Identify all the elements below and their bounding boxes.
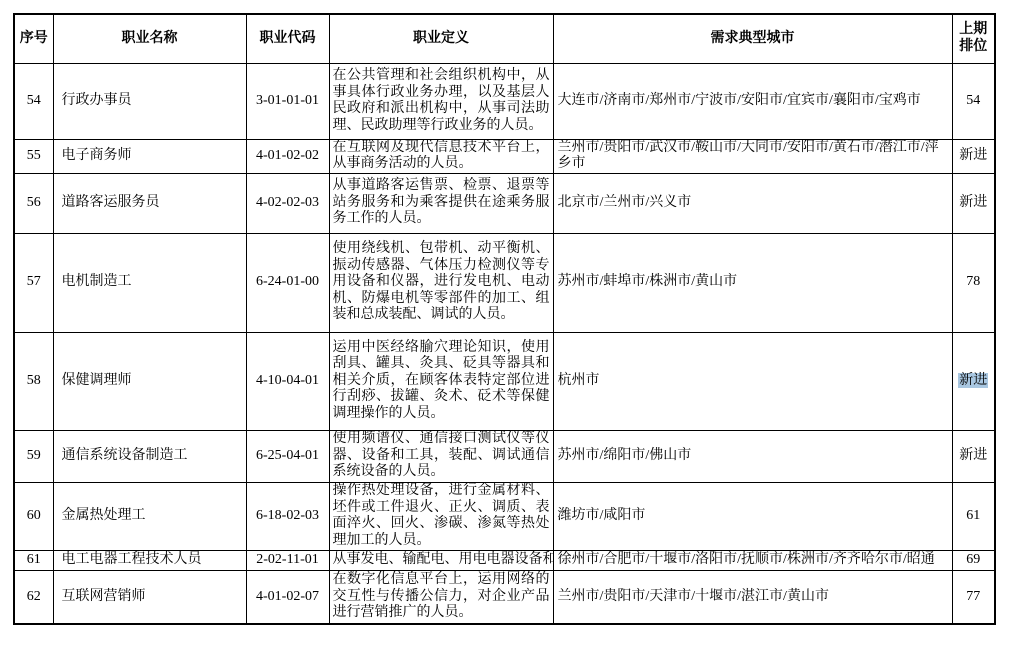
table-row: 58 保健调理师 4-10-04-01 运用中医经络腧穴理论知识，使用刮具、罐具… [14,332,995,430]
cell-definition: 在数字化信息平台上，运用网络的交互性与传播公信力，对企业产品进行营销推广的人员。 [329,570,553,624]
col-header-cities: 需求典型城市 [553,14,952,63]
cell-code: 4-01-02-02 [246,139,329,173]
table-row-truncated: 61 电工电器工程技术人员 2-02-11-01 从事发电、输配电、用电电器设备… [14,550,995,570]
cell-prev-rank: 新进 [952,139,995,173]
cell-definition: 运用中医经络腧穴理论知识，使用刮具、罐具、灸具、砭具等器具和相关介质，在顾客体表… [329,332,553,430]
col-header-definition: 职业定义 [329,14,553,63]
cell-definition: 在公共管理和社会组织机构中，从事具体行政业务办理，以及基层人民政府和派出机构中，… [329,63,553,139]
cell-code: 6-24-01-00 [246,233,329,332]
cell-prev-rank: 77 [952,570,995,624]
cell-name: 道路客运服务员 [53,173,246,233]
cell-definition: 从事道路客运售票、检票、退票等站务服务和为乘客提供在途乘务服务工作的人员。 [329,173,553,233]
cell-seq: 57 [14,233,53,332]
cell-prev-rank: 61 [952,482,995,550]
table-row: 54 行政办事员 3-01-01-01 在公共管理和社会组织机构中，从事具体行政… [14,63,995,139]
cell-prev-rank: 新进 [952,430,995,482]
cell-definition: 在互联网及现代信息技术平台上，从事商务活动的人员。 [329,139,553,173]
table-row: 59 通信系统设备制造工 6-25-04-01 使用频谱仪、通信接口测试仪等仪器… [14,430,995,482]
cell-cities: 苏州市/绵阳市/佛山市 [553,430,952,482]
cell-code: 3-01-01-01 [246,63,329,139]
cell-seq: 54 [14,63,53,139]
cell-name: 电工电器工程技术人员 [53,550,246,570]
cell-prev-rank: 新进 [952,332,995,430]
cell-name: 金属热处理工 [53,482,246,550]
cell-code: 4-10-04-01 [246,332,329,430]
prev-rank-highlight: 新进 [958,373,988,388]
cell-definition: 使用频谱仪、通信接口测试仪等仪器、设备和工具，装配、调试通信系统设备的人员。 [329,430,553,482]
cell-prev-rank: 新进 [952,173,995,233]
cell-code: 6-25-04-01 [246,430,329,482]
cell-name: 电子商务师 [53,139,246,173]
col-header-name: 职业名称 [53,14,246,63]
cell-seq: 58 [14,332,53,430]
cell-cities: 苏州市/蚌埠市/株洲市/黄山市 [553,233,952,332]
cell-name: 互联网营销师 [53,570,246,624]
cell-code: 2-02-11-01 [246,550,329,570]
cell-definition: 从事发电、输配电、用电电器设备和 [329,550,553,570]
cell-code: 4-02-02-03 [246,173,329,233]
cell-definition: 使用绕线机、包带机、动平衡机、振动传感器、气体压力检测仪等专用设备和仪器，进行发… [329,233,553,332]
cell-prev-rank: 54 [952,63,995,139]
cell-seq: 62 [14,570,53,624]
cell-cities: 大连市/济南市/郑州市/宁波市/安阳市/宜宾市/襄阳市/宝鸡市 [553,63,952,139]
cell-cities: 北京市/兰州市/兴义市 [553,173,952,233]
table-row: 62 互联网营销师 4-01-02-07 在数字化信息平台上，运用网络的交互性与… [14,570,995,624]
cell-name: 保健调理师 [53,332,246,430]
col-header-code: 职业代码 [246,14,329,63]
cell-cities: 兰州市/贵阳市/天津市/十堰市/湛江市/黄山市 [553,570,952,624]
table-row: 56 道路客运服务员 4-02-02-03 从事道路客运售票、检票、退票等站务服… [14,173,995,233]
table-row: 60 金属热处理工 6-18-02-03 操作热处理设备，进行金属材料、坯件或工… [14,482,995,550]
cell-name: 电机制造工 [53,233,246,332]
header-row: 序号 职业名称 职业代码 职业定义 需求典型城市 上期排位 [14,14,995,63]
cell-cities: 杭州市 [553,332,952,430]
table-row: 57 电机制造工 6-24-01-00 使用绕线机、包带机、动平衡机、振动传感器… [14,233,995,332]
cell-prev-rank: 69 [952,550,995,570]
col-header-prev-rank: 上期排位 [952,14,995,63]
cell-name: 通信系统设备制造工 [53,430,246,482]
cell-cities: 徐州市/合肥市/十堰市/洛阳市/抚顺市/株洲市/齐齐哈尔市/昭通 [553,550,952,570]
cell-cities: 兰州市/贵阳市/武汉市/鞍山市/大同市/安阳市/黄石市/潜江市/萍乡市 [553,139,952,173]
cell-seq: 60 [14,482,53,550]
document-page: 序号 职业名称 职业代码 职业定义 需求典型城市 上期排位 54 行政办事员 3… [0,0,1018,645]
cell-seq: 56 [14,173,53,233]
cell-code: 4-01-02-07 [246,570,329,624]
cell-definition: 操作热处理设备，进行金属材料、坯件或工件退火、正火、调质、表面淬火、回火、渗碳、… [329,482,553,550]
cell-seq: 61 [14,550,53,570]
occupations-table: 序号 职业名称 职业代码 职业定义 需求典型城市 上期排位 54 行政办事员 3… [13,13,996,625]
cell-seq: 55 [14,139,53,173]
cell-name: 行政办事员 [53,63,246,139]
cell-cities: 潍坊市/咸阳市 [553,482,952,550]
cell-code: 6-18-02-03 [246,482,329,550]
col-header-seq: 序号 [14,14,53,63]
cell-prev-rank: 78 [952,233,995,332]
cell-seq: 59 [14,430,53,482]
table-row: 55 电子商务师 4-01-02-02 在互联网及现代信息技术平台上，从事商务活… [14,139,995,173]
